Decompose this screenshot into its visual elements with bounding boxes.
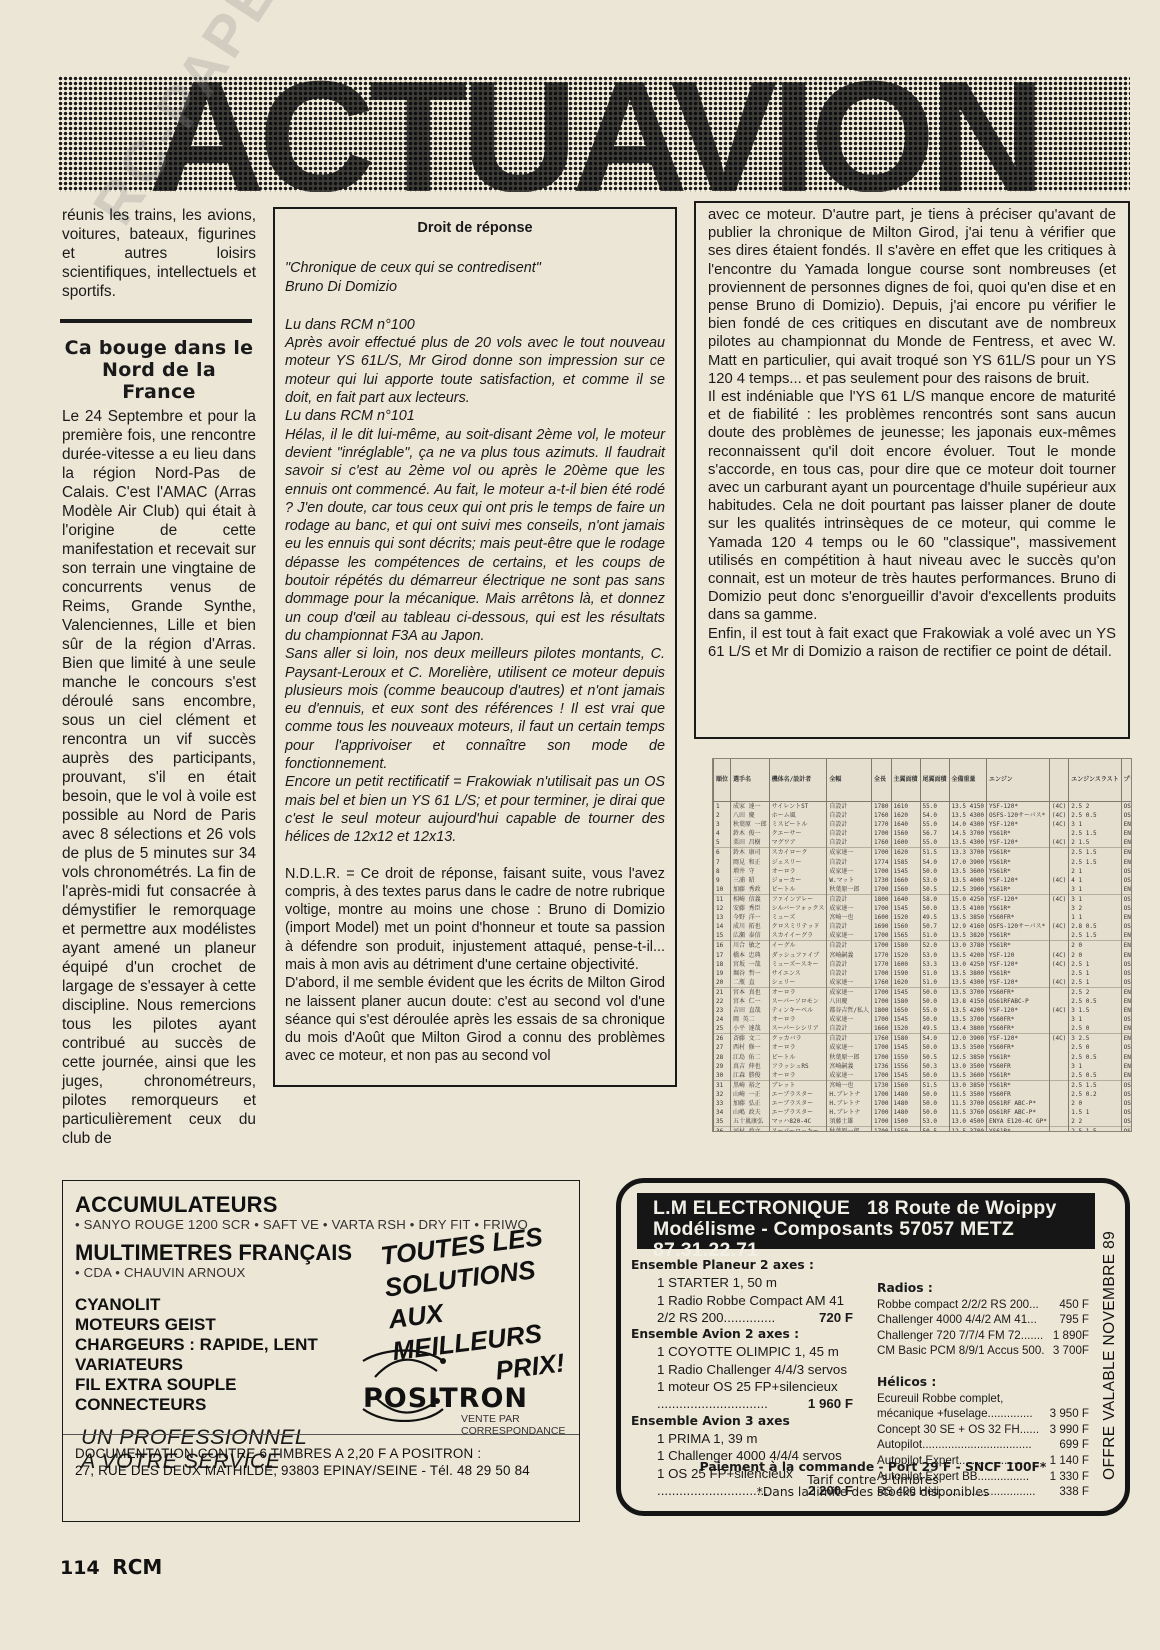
item-label: Ecureuil Robbe complet, <box>877 1391 1003 1407</box>
table-cell: オーロラ <box>769 987 827 997</box>
table-cell: 55.0 <box>920 820 949 829</box>
table-cell: 自設計 <box>827 894 872 904</box>
table-row: 9三浦 昭ジョーカーW.マット1730166053.013.5 4000YSF-… <box>714 876 1133 885</box>
table-cell: 6 <box>714 848 731 858</box>
item-label: mécanique +fuselage.............. <box>877 1406 1033 1422</box>
table-cell: H.ブレトナ <box>827 1090 872 1099</box>
left-column: réunis les trains, les avions, voitures,… <box>62 206 256 1148</box>
table-cell: オーロラ <box>769 1071 827 1081</box>
table-cell <box>1049 1043 1068 1052</box>
table-cell: 29 <box>714 1062 731 1071</box>
table-cell: ENYA4 <box>1121 1024 1132 1034</box>
table-cell: 1620 <box>891 848 920 858</box>
table-cell: 13.5 3850 <box>949 913 987 922</box>
table-cell: OS F <box>1121 1127 1132 1132</box>
table-cell: 1760 <box>872 978 891 988</box>
table-cell: 堀谷 哲一 <box>731 969 770 978</box>
table-cell: 12.0 3900 <box>949 1034 987 1044</box>
table-cell: 斉藤 文二 <box>731 1034 770 1044</box>
table-row: 13今野 洋一ミューズ宮崎一也1600152049.513.5 3850YS60… <box>714 913 1133 922</box>
table-cell: OS F <box>1121 1080 1132 1090</box>
table-cell: エーブラスター <box>769 1090 827 1099</box>
table-cell: 21 <box>714 987 731 997</box>
table-cell: (4C) <box>1049 811 1068 820</box>
table-cell: (4C) <box>1049 978 1068 988</box>
table-cell <box>1049 913 1068 922</box>
table-cell: 3 1 <box>1069 1015 1121 1024</box>
item-label: Robbe compact 2/2/2 RS 200... <box>877 1297 1039 1313</box>
banner-line: Modélisme - Composants 57057 METZ 87.31.… <box>653 1219 1095 1261</box>
column-header: 順位 <box>714 759 731 802</box>
table-cell: 1700 <box>872 1108 891 1117</box>
table-cell: 2.8 0.5 <box>1069 922 1121 931</box>
table-cell: 1640 <box>891 820 920 829</box>
section-divider <box>60 319 252 323</box>
box-quote: "Chronique de ceux qui se contredisent" <box>285 259 665 277</box>
table-cell: 51.5 <box>920 1080 949 1090</box>
column-header: 全長 <box>872 759 891 802</box>
table-cell: 1700 <box>872 997 891 1006</box>
table-cell: YS61R* <box>987 885 1050 895</box>
table-cell: 1650 <box>891 1006 920 1015</box>
table-cell: サイエンス <box>769 969 827 978</box>
table-cell <box>1049 997 1068 1006</box>
table-cell: 3 1 <box>1069 885 1121 895</box>
table-cell: 36 <box>714 1127 731 1132</box>
table-cell: 53.0 <box>920 1117 949 1127</box>
table-cell: 増井 守 <box>731 867 770 876</box>
italic-paragraph: Lu dans RCM n°101 <box>285 407 665 425</box>
item-price: 3 700F <box>1053 1343 1089 1359</box>
table-cell <box>1049 1024 1068 1034</box>
table-cell <box>1049 1099 1068 1108</box>
table-cell: 55.0 <box>920 1006 949 1015</box>
table-cell: スカイイーグラ <box>769 931 827 941</box>
table-cell: 50.0 <box>920 1090 949 1099</box>
table-cell: 34 <box>714 1108 731 1117</box>
table-cell: 13.0 3850 <box>949 1080 987 1090</box>
table-cell: 2.5 1.5 <box>1069 848 1121 858</box>
table-cell: H.ブレトナ <box>827 1108 872 1117</box>
table-cell: ビートル <box>769 1053 827 1062</box>
table-cell: 3 2 <box>1069 904 1121 913</box>
table-cell: 1800 <box>872 1006 891 1015</box>
table-cell: 2 2 <box>1069 1117 1121 1127</box>
table-cell: YSF-120* <box>987 820 1050 829</box>
table-cell: 成家達一 <box>827 978 872 988</box>
table-cell: ジェスリー <box>769 858 827 867</box>
table-cell: 山嶋 政夫 <box>731 1108 770 1117</box>
table-cell: 13.5 4200 <box>949 951 987 960</box>
table-cell: 7 <box>714 858 731 867</box>
positron-wordmark: POSITRON <box>363 1383 528 1414</box>
offer-validity: OFFRE VALABLE NOVEMBRE 89 <box>1101 1215 1123 1495</box>
table-cell: 23 <box>714 1006 731 1015</box>
table-cell: スーパーソロモン <box>769 997 827 1006</box>
table-cell <box>1049 1053 1068 1062</box>
table-cell: YS60FR* <box>987 987 1050 997</box>
table-cell <box>1049 1127 1068 1132</box>
table-cell: ENYA4 <box>1121 913 1132 922</box>
table-cell: (4C) <box>1049 820 1068 829</box>
table-cell: 1560 <box>891 922 920 931</box>
table-row: 14成川 拓也クロスミリテッド自設計1690156050.712.9 4160O… <box>714 922 1133 931</box>
masthead-banner: ACTUAVION <box>58 76 1130 192</box>
table-cell: 13.5 4150 <box>949 802 987 812</box>
table-cell: 二瓶 直 <box>731 978 770 988</box>
table-cell: 1480 <box>891 1108 920 1117</box>
table-row: 25小平 達哉スーパーシシリア自設計1660152049.513.4 3800Y… <box>714 1024 1133 1034</box>
table-cell: 八田慶 <box>827 997 872 1006</box>
table-cell: ENYA4 <box>1121 1062 1132 1071</box>
table-cell: 2.5 1 <box>1069 978 1121 988</box>
table-cell <box>1049 1080 1068 1090</box>
table-cell: 53.3 <box>920 960 949 969</box>
item-price: 3 950 F <box>1050 1406 1089 1422</box>
table-cell: 13.8 4150 <box>949 997 987 1006</box>
table-cell: 1730 <box>872 1080 891 1090</box>
table-cell: 1700 <box>872 941 891 951</box>
table-cell: 栗田 昌樹 <box>731 838 770 848</box>
table-cell: 1690 <box>872 922 891 931</box>
table-row: 8増井 守オーロラ成家達一1700154550.013.5 3600YS61R*… <box>714 867 1133 876</box>
table-cell: 4 1 <box>1069 876 1121 885</box>
table-cell: クロスミリテッド <box>769 922 827 931</box>
table-cell: YS61R* <box>987 867 1050 876</box>
table-cell: YS61R* <box>987 931 1050 941</box>
table-cell: 1700 <box>872 1071 891 1081</box>
table-cell: 1585 <box>891 858 920 867</box>
table-cell: 1545 <box>891 1015 920 1024</box>
table-cell: 1770 <box>872 820 891 829</box>
price: 720 F <box>819 1309 853 1326</box>
table-cell: サイレントST <box>769 802 827 812</box>
item-label: Challenger 4000 4/4/2 AM 41... <box>877 1312 1037 1328</box>
table-cell: 3 <box>714 820 731 829</box>
table-cell: スーパーシシリア <box>769 1024 827 1034</box>
table-cell: 20 <box>714 978 731 988</box>
table-cell: 2.5 0.2 <box>1069 1090 1121 1099</box>
table-cell: 13.5 4300 <box>949 811 987 820</box>
page-number: 114 <box>60 1557 100 1579</box>
table-cell: スーパーロッキー <box>769 1127 827 1132</box>
table-cell: 13.0 3500 <box>949 1062 987 1071</box>
table-cell: 13.3 3700 <box>949 848 987 858</box>
table-cell: クッカバラ <box>769 1034 827 1044</box>
table-cell: 成家達一 <box>827 1071 872 1081</box>
table-cell: 1556 <box>891 1062 920 1071</box>
group-line: 1 PRIMA 1, 39 m <box>631 1430 871 1447</box>
table-cell: 江島 佑二 <box>731 1053 770 1062</box>
group-line: 1 STARTER 1, 50 m <box>631 1274 871 1291</box>
table-cell: 2.5 1.5 <box>1069 858 1121 867</box>
table-cell: 50.0 <box>920 1071 949 1081</box>
table-cell: 鈴木 俊一 <box>731 829 770 838</box>
table-cell: 自設計 <box>827 802 872 812</box>
terms-line: Paiement à la commande - Port 29 F - SNC… <box>621 1461 1125 1474</box>
table-row: 1成家 達一サイレントST自設計1780161055.013.5 4150YSF… <box>714 802 1133 812</box>
table-cell: 12.5 3900 <box>949 885 987 895</box>
table-cell: YS61R* <box>987 1127 1050 1132</box>
table-cell: 13 <box>714 913 731 922</box>
table-cell: 27 <box>714 1043 731 1052</box>
table-cell: 50.5 <box>920 1053 949 1062</box>
table-cell: 1580 <box>891 941 920 951</box>
table-cell: 秋葉原一郎 <box>827 885 872 895</box>
table-cell: 2.5 1 <box>1069 969 1121 978</box>
table-cell: 18 <box>714 960 731 969</box>
table-cell: 自設計 <box>827 1034 872 1044</box>
table-cell: YS60FR <box>987 1062 1050 1071</box>
column-header: 全備重量 <box>949 759 987 802</box>
table-cell: 川合 敏之 <box>731 941 770 951</box>
table-cell: 3 2.5 <box>1069 1034 1121 1044</box>
table-cell: 自設計 <box>827 941 872 951</box>
box-heading: Droit de réponse <box>285 219 665 237</box>
table-cell: 宮本 真也 <box>731 987 770 997</box>
table-cell: OS F <box>1121 969 1132 978</box>
item-price: 450 F <box>1059 1297 1089 1313</box>
table-cell: 1500 <box>891 1117 920 1127</box>
table-cell: OS F <box>1121 894 1132 904</box>
table-cell: (4C) <box>1049 802 1068 812</box>
table-cell: ENYA4 <box>1121 941 1132 951</box>
f3a-results-table: 順位選手名機体名/設計者全幅全長主翼面積尾翼面積全備重量エンジンエンジンスラスト… <box>712 758 1132 1132</box>
table-cell: 33 <box>714 1099 731 1108</box>
italic-paragraph: Lu dans RCM n°100 <box>285 316 665 334</box>
results-table: 順位選手名機体名/設計者全幅全長主翼面積尾翼面積全備重量エンジンエンジンスラスト… <box>713 759 1132 1132</box>
right-paragraph: Enfin, il est tout à fait exact que Frak… <box>708 625 1116 661</box>
table-cell: 2 1.5 <box>1069 838 1121 848</box>
table-cell: YS61R* <box>987 941 1050 951</box>
table-cell: YS60FR* <box>987 1024 1050 1034</box>
table-cell: 35 <box>714 1117 731 1127</box>
table-row: 22宮本 仁一スーパーソロモン八田慶1700158050.013.8 4150O… <box>714 997 1133 1006</box>
table-cell: 11.5 3700 <box>949 1099 987 1108</box>
table-cell: 岡 英二 <box>731 1015 770 1024</box>
table-cell: 1550 <box>891 1053 920 1062</box>
table-cell: 1600 <box>891 838 920 848</box>
table-cell: ミューズ <box>769 913 827 922</box>
table-cell: 自設計 <box>827 838 872 848</box>
payment-terms: Paiement à la commande - Port 29 F - SNC… <box>621 1461 1125 1499</box>
table-cell: 安藤 秀臣 <box>731 904 770 913</box>
table-cell: 相崎 信義 <box>731 894 770 904</box>
table-cell: YSF-120* <box>987 838 1050 848</box>
table-cell <box>1049 1090 1068 1099</box>
table-cell: 50.0 <box>920 904 949 913</box>
table-cell: 13.5 3600 <box>949 1071 987 1081</box>
table-cell: 三浦 昭 <box>731 876 770 885</box>
table-cell: 15 <box>714 931 731 941</box>
box-author: Bruno Di Domizio <box>285 278 665 296</box>
table-cell: 自設計 <box>827 820 872 829</box>
table-cell: 1550 <box>891 1127 920 1132</box>
column-header: 選手名 <box>731 759 770 802</box>
table-header-row: 順位選手名機体名/設計者全幅全長主翼面積尾翼面積全備重量エンジンエンジンスラスト… <box>714 759 1133 802</box>
table-cell: 2.5 0 <box>1069 1043 1121 1052</box>
table-row: 18宮坂 一哉ミューズースキー自設計1770160053.313.0 4250Y… <box>714 960 1133 969</box>
table-cell: 2 1 <box>1069 867 1121 876</box>
table-cell: YSF-120* <box>987 876 1050 885</box>
table-cell: OS F <box>1121 1099 1132 1108</box>
group-title: Ensemble Avion 2 axes : <box>631 1326 871 1343</box>
table-cell: 1700 <box>872 1053 891 1062</box>
table-cell: オーロラ <box>769 1043 827 1052</box>
column-header: エンジンスラスト <box>1069 759 1121 802</box>
table-cell: (4C) <box>1049 876 1068 885</box>
table-cell: 50.3 <box>920 1062 949 1071</box>
table-row: 11相崎 信義ファインアレー自設計1800164058.015.0 4250YS… <box>714 894 1133 904</box>
table-cell: 1700 <box>872 1043 891 1052</box>
table-cell: 2.5 1 <box>1069 960 1121 969</box>
table-cell: YSF-120* <box>987 960 1050 969</box>
table-cell: OS F <box>1121 1117 1132 1127</box>
table-cell: 16 <box>714 941 731 951</box>
article-title: Ca bouge dans le Nord de la France <box>62 337 256 403</box>
table-cell: 2.5 1.5 <box>1069 931 1121 941</box>
item-price: 699 F <box>1059 1437 1089 1453</box>
table-cell <box>1049 1015 1068 1024</box>
table-cell: 32 <box>714 1090 731 1099</box>
table-cell: 宮本 仁一 <box>731 997 770 1006</box>
table-cell: 11.5 3760 <box>949 1108 987 1117</box>
table-cell: YS61R* <box>987 858 1050 867</box>
table-cell: 広瀬 泰信 <box>731 931 770 941</box>
table-row: 28江島 佑二ビートル秋葉原一郎1700155050.512.5 3850YS6… <box>714 1053 1133 1062</box>
table-cell: 1700 <box>872 987 891 997</box>
table-cell: 25 <box>714 1024 731 1034</box>
table-cell: 19 <box>714 969 731 978</box>
continued-response-box: avec ce moteur. D'autre part, je tiens à… <box>694 201 1130 739</box>
table-cell: 1660 <box>891 876 920 885</box>
price-label: .............................. <box>657 1395 768 1412</box>
table-cell: 12.5 3850 <box>949 1053 987 1062</box>
table-cell <box>1049 858 1068 867</box>
table-cell: クエーサー <box>769 829 827 838</box>
table-cell: 13.5 3800 <box>949 969 987 978</box>
table-cell: 1600 <box>872 913 891 922</box>
table-cell: 13.5 4000 <box>949 876 987 885</box>
tag-line: CORRESPONDANCE <box>461 1425 565 1437</box>
table-cell: 53.0 <box>920 951 949 960</box>
table-cell: OS F <box>1121 1090 1132 1099</box>
table-cell: 宮崎嗣義 <box>827 1062 872 1071</box>
table-cell: 1774 <box>872 858 891 867</box>
table-cell: 13.5 3700 <box>949 987 987 997</box>
table-row: 4鈴木 俊一クエーサー自設計1700156056.714.5 3700YS61R… <box>714 829 1133 838</box>
table-cell: 50.7 <box>920 922 949 931</box>
table-cell: 50.5 <box>920 885 949 895</box>
table-cell: 自設計 <box>827 969 872 978</box>
table-cell: 1560 <box>891 1080 920 1090</box>
table-cell: ENYA3 <box>1121 931 1132 941</box>
table-cell: 9 <box>714 876 731 885</box>
table-cell: OS F <box>1121 1015 1132 1024</box>
table-row: 21宮本 真也オーロラ成家達一1700154550.013.5 3700YS60… <box>714 987 1133 997</box>
table-cell: 51.0 <box>920 978 949 988</box>
table-cell: YSF-120* <box>987 1006 1050 1015</box>
table-cell: 今野 洋一 <box>731 913 770 922</box>
table-cell: OS F <box>1121 802 1132 812</box>
table-cell: 宮坂 一哉 <box>731 960 770 969</box>
table-cell: 2.5 1.5 <box>1069 1080 1121 1090</box>
table-cell: 1590 <box>891 969 920 978</box>
table-cell: 1700 <box>872 931 891 941</box>
table-cell: 56.7 <box>920 829 949 838</box>
item-label: Challenger 720 7/7/4 FM 72....... <box>877 1328 1043 1344</box>
table-cell: 黒崎 裕之 <box>731 1080 770 1090</box>
table-row: 26斉藤 文二クッカバラ自設計1760158054.012.0 3900YSF-… <box>714 1034 1133 1044</box>
table-cell: 1700 <box>872 885 891 895</box>
table-cell: 加藤 弘正 <box>731 1099 770 1108</box>
price-label: 2/2 RS 200.............. <box>657 1309 775 1326</box>
table-cell: (4C) <box>1049 1034 1068 1044</box>
table-row: 29真吉 伸也フラッシュRS宮崎嗣義1736155650.313.0 3500Y… <box>714 1062 1133 1071</box>
table-cell: 2 <box>714 811 731 820</box>
column-header: エンジン <box>987 759 1050 802</box>
table-cell: 1520 <box>891 913 920 922</box>
table-cell: 須藤士雄 <box>827 1117 872 1127</box>
table-cell: 54.0 <box>920 811 949 820</box>
table-cell: 14 <box>714 922 731 931</box>
column-header: プラグ <box>1121 759 1132 802</box>
terms-line: *Dans la limite des stocks disponibles <box>621 1486 1125 1499</box>
table-cell: 小平 達哉 <box>731 1024 770 1034</box>
table-cell: 2.5 1.5 <box>1069 1127 1121 1132</box>
table-cell: OS F <box>1121 922 1132 931</box>
table-row: 36河村 政文スーパーロッキー秋葉原一郎1700155050.512.5 370… <box>714 1127 1133 1132</box>
table-cell: 1580 <box>891 997 920 1006</box>
table-cell: 1760 <box>872 1034 891 1044</box>
table-cell: 自設計 <box>827 1024 872 1034</box>
table-cell: 真吉 伸也 <box>731 1062 770 1071</box>
table-cell: 3 1 <box>1069 894 1121 904</box>
table-cell: 51.5 <box>920 848 949 858</box>
table-cell: 12.9 4160 <box>949 922 987 931</box>
italic-paragraph: Hélas, il le dit lui-même, au soit-disan… <box>285 426 665 646</box>
table-cell: OS F <box>1121 978 1132 988</box>
table-cell <box>1049 1108 1068 1117</box>
table-cell: YSF-120* <box>987 802 1050 812</box>
table-cell: 成家達一 <box>827 931 872 941</box>
table-cell: 1620 <box>891 978 920 988</box>
table-row: 23吉田 直哉ティンキーベル都谷吉哲/私人1800165055.013.5 42… <box>714 1006 1133 1015</box>
table-cell: 1700 <box>872 1090 891 1099</box>
table-cell: OSFS-120サーパス* <box>987 811 1050 820</box>
table-cell: 1700 <box>872 829 891 838</box>
table-cell: 4 <box>714 829 731 838</box>
table-cell <box>1049 1071 1068 1081</box>
table-cell: 8 <box>714 867 731 876</box>
contact-line: DOCUMENTATION CONTRE 6 TIMBRES A 2,20 F … <box>75 1445 530 1462</box>
table-cell: 13.5 3820 <box>949 931 987 941</box>
table-cell <box>1049 867 1068 876</box>
table-cell: 1565 <box>891 931 920 941</box>
table-cell: 1700 <box>872 969 891 978</box>
table-cell: 30 <box>714 1071 731 1081</box>
magazine-name: RCM <box>112 1555 162 1579</box>
table-cell: ダッシュファイブ <box>769 951 827 960</box>
table-cell: OS61RF ABC-P* <box>987 1108 1050 1117</box>
table-cell: (4C) <box>1049 960 1068 969</box>
table-cell <box>1049 904 1068 913</box>
table-row: 30江森 勝俊オーロラ成家達一1700154550.013.5 3600YS61… <box>714 1071 1133 1081</box>
table-cell: 31 <box>714 1080 731 1090</box>
table-cell <box>1049 987 1068 997</box>
table-cell: 成川 拓也 <box>731 922 770 931</box>
table-cell: 成家達一 <box>827 848 872 858</box>
